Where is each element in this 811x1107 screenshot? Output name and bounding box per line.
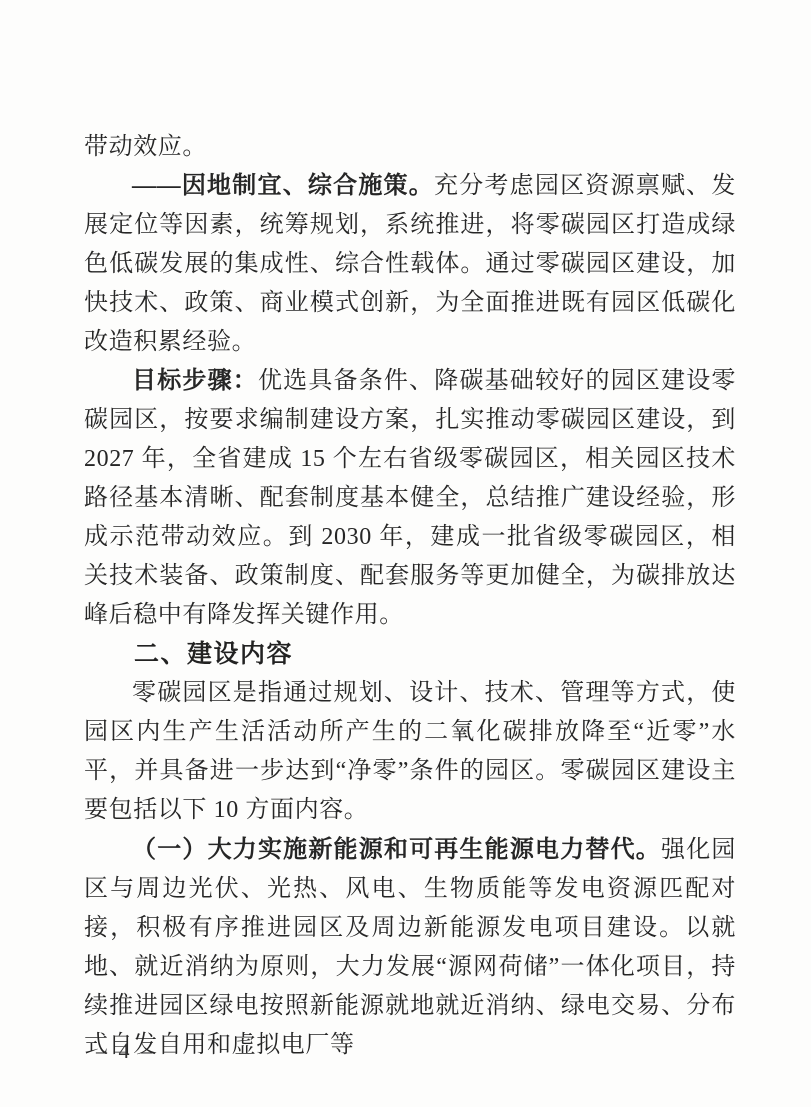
paragraph-definition: 零碳园区是指通过规划、设计、技术、管理等方式，使园区内生产生活活动所产生的二氧化… — [84, 674, 736, 830]
paragraph-text: 零碳园区是指通过规划、设计、技术、管理等方式，使园区内生产生活活动所产生的二氧化… — [84, 680, 736, 823]
paragraph-lead-emphasis: 目标步骤： — [132, 368, 258, 394]
paragraph-text: 带动效应。 — [84, 134, 207, 160]
paragraph-lead-emphasis: （一）大力实施新能源和可再生能源电力替代。 — [132, 836, 661, 863]
paragraph-goal-steps: 目标步骤：优选具备条件、降碳基础较好的园区建设零碳园区，按要求编制建设方案，扎实… — [84, 362, 736, 635]
page-number: – 4 – — [96, 1038, 155, 1064]
section-heading: 二、建设内容 — [84, 635, 736, 674]
document-page: 带动效应。 ——因地制宜、综合施策。充分考虑园区资源禀赋、发展定位等因素，统筹规… — [0, 0, 811, 1107]
document-body: 带动效应。 ——因地制宜、综合施策。充分考虑园区资源禀赋、发展定位等因素，统筹规… — [84, 128, 736, 1065]
paragraph-principle: ——因地制宜、综合施策。充分考虑园区资源禀赋、发展定位等因素，统筹规划，系统推进… — [84, 167, 736, 362]
paragraph-text: 强化园区与周边光伏、光热、风电、生物质能等发电资源匹配对接，积极有序推进园区及周… — [84, 837, 736, 1058]
paragraph-text: 优选具备条件、降碳基础较好的园区建设零碳园区，按要求编制建设方案，扎实推动零碳园… — [84, 368, 736, 628]
paragraph-lead-emphasis: ——因地制宜、综合施策。 — [132, 173, 434, 199]
paragraph-text: 充分考虑园区资源禀赋、发展定位等因素，统筹规划，系统推进，将零碳园区打造成绿色低… — [84, 173, 736, 355]
paragraph-continuation: 带动效应。 — [84, 128, 736, 167]
paragraph-item-one: （一）大力实施新能源和可再生能源电力替代。强化园区与周边光伏、光热、风电、生物质… — [84, 830, 736, 1065]
